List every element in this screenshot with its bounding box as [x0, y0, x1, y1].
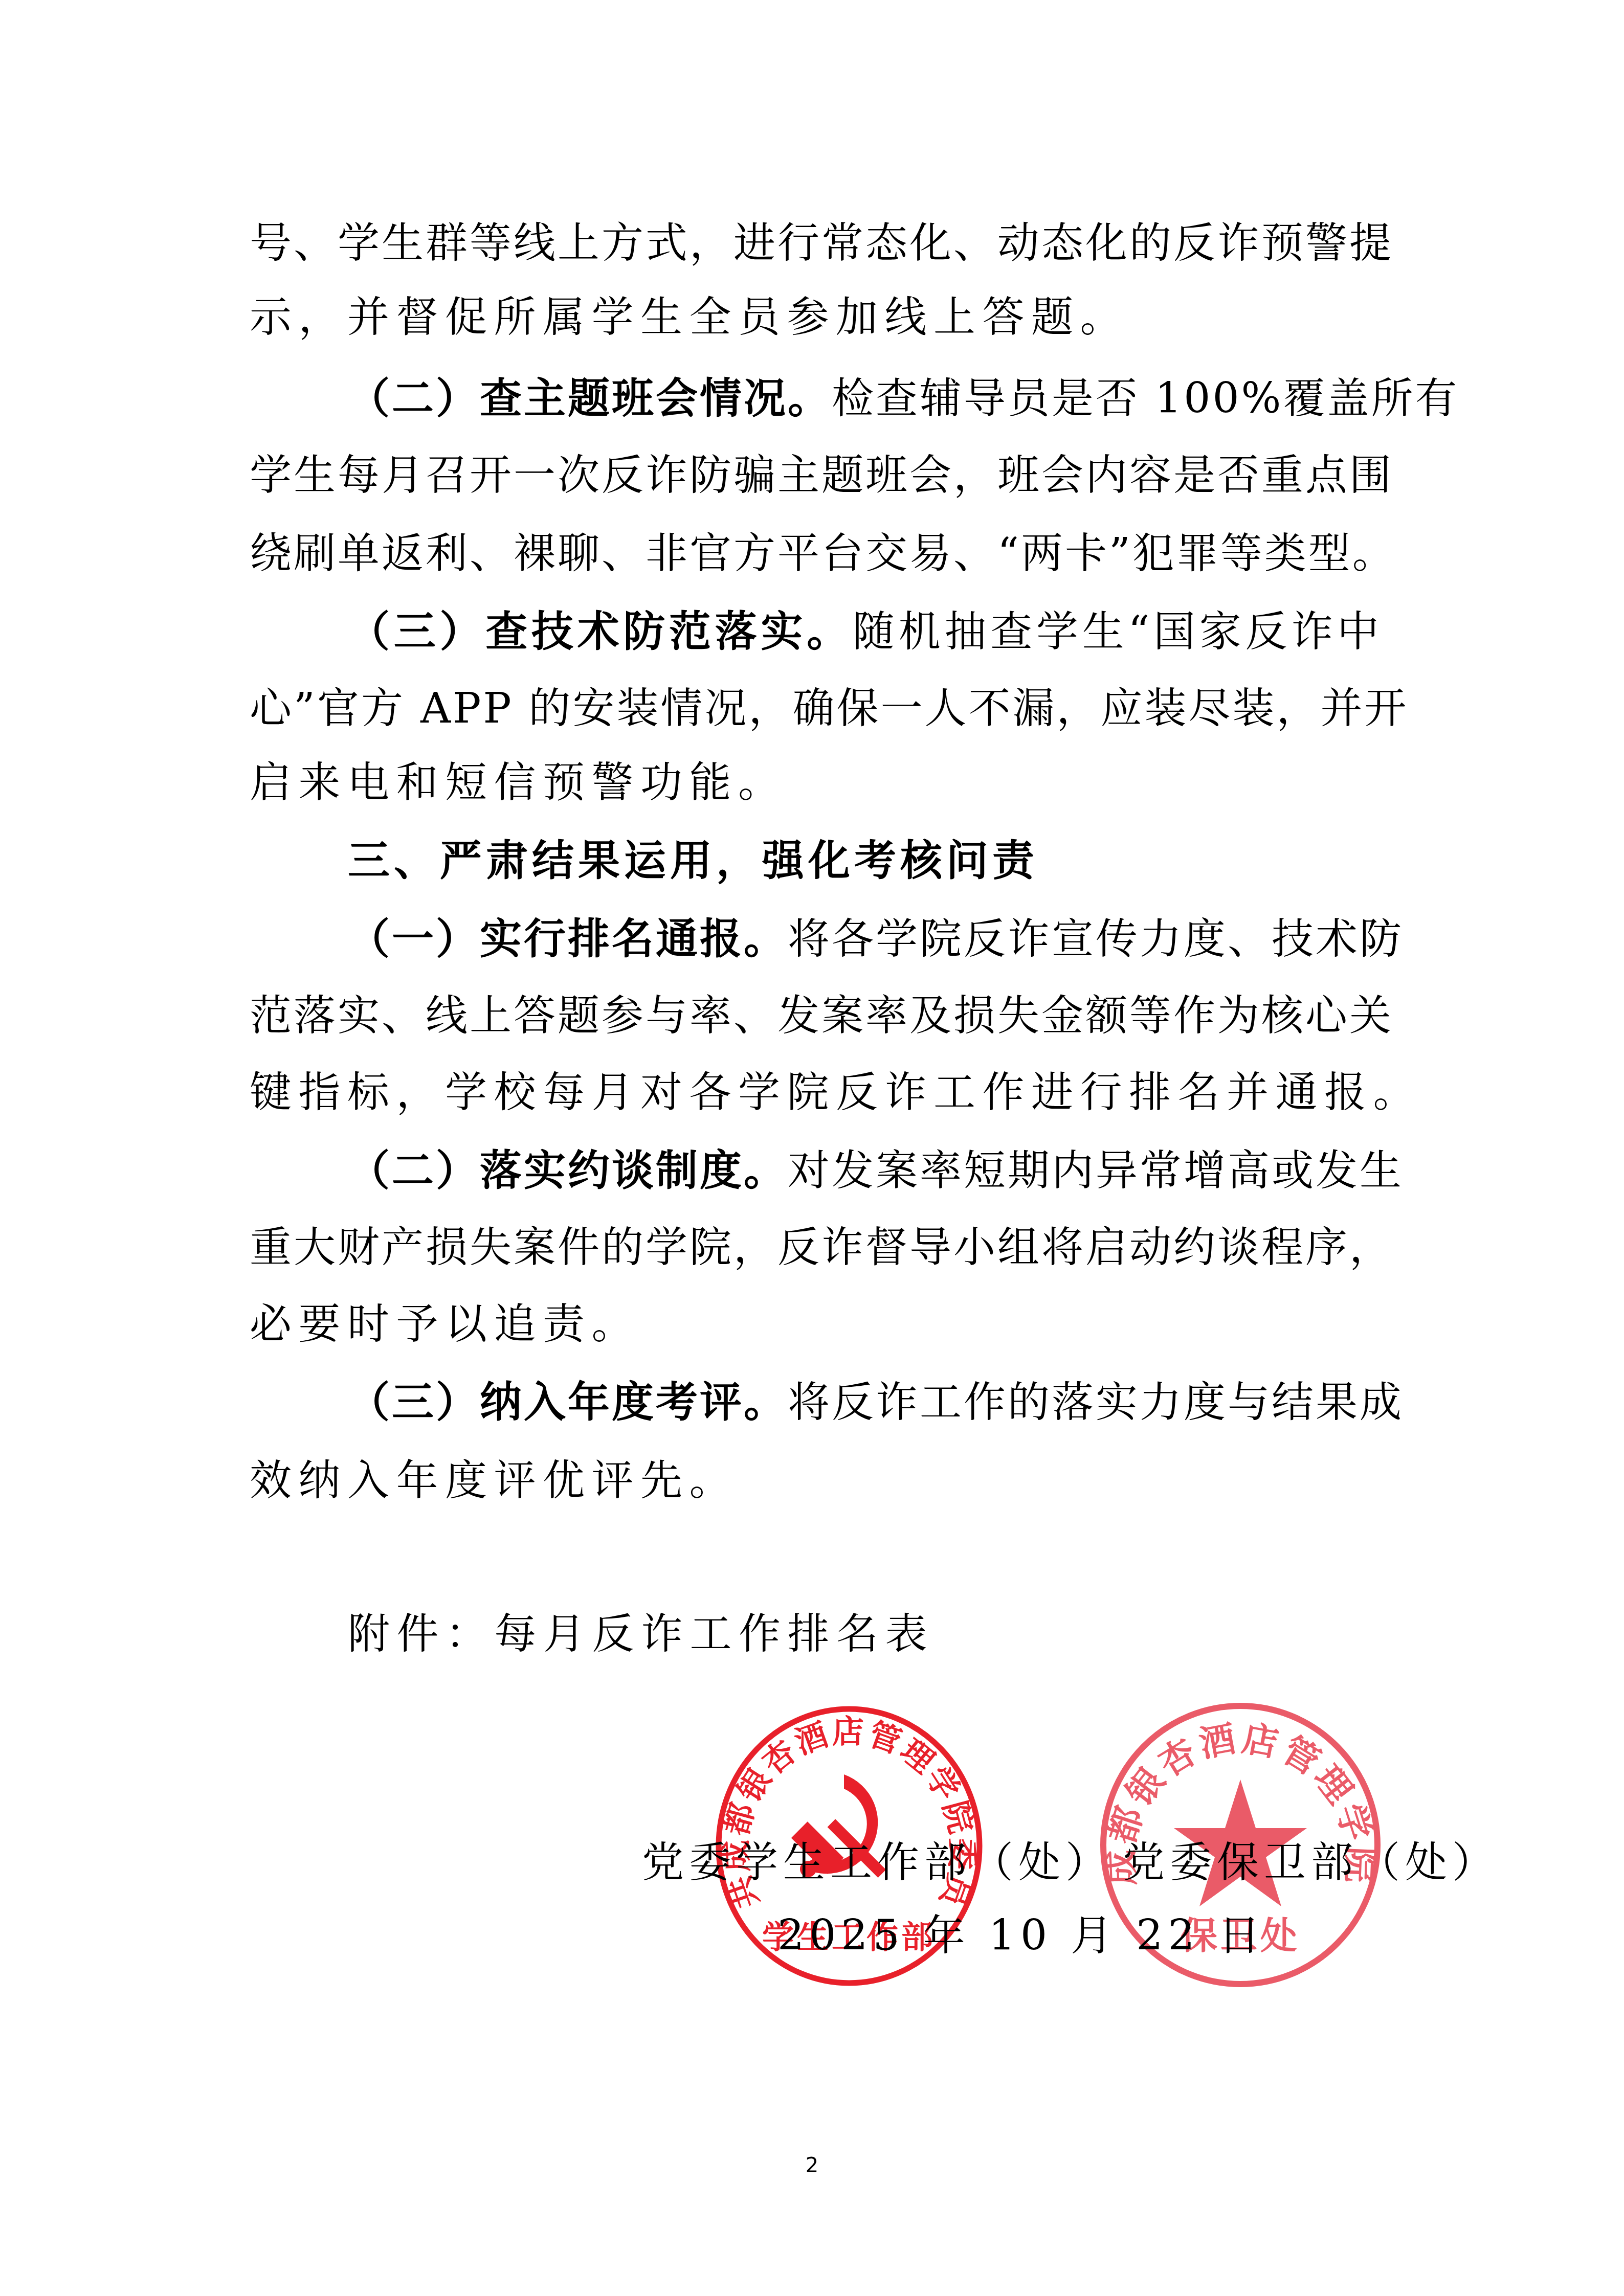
- item-text: 检查辅导员是否 100%覆盖所有: [832, 374, 1459, 423]
- body-line: 心”官方 APP 的安装情况，确保一人不漏，应装尽装，并开: [250, 670, 1381, 747]
- item-lead: （三）查技术防范落实。: [348, 607, 853, 656]
- item-lead: （一）实行排名通报。: [348, 915, 788, 963]
- section-heading-3: 三、严肃结果运用，强化考核问责: [348, 822, 1381, 899]
- signature-date: 2025 年 10 月 22 日: [777, 1905, 1265, 1967]
- attachment-note: 附件：每月反诈工作排名表: [348, 1595, 1381, 1673]
- body-line: 号、学生群等线上方式，进行常态化、动态化的反诈预警提: [250, 205, 1381, 282]
- section-item-2-2: （二）查主题班会情况。检查辅导员是否 100%覆盖所有: [348, 360, 1381, 437]
- body-line: 键指标，学校每月对各学院反诈工作进行排名并通报。: [250, 1054, 1381, 1131]
- signature-org-student-affairs: 党委学生工作部（处）: [642, 1838, 1113, 1887]
- body-line: 启来电和短信预警功能。: [250, 744, 1381, 821]
- item-lead: （三）纳入年度考评。: [348, 1378, 788, 1427]
- page-number: 2: [0, 2150, 1624, 2181]
- body-line: 必要时予以追责。: [250, 1286, 1381, 1363]
- body-line: 重大财产损失案件的学院，反诈督导小组将启动约谈程序，: [250, 1209, 1381, 1286]
- section-item-3-2: （二）落实约谈制度。对发案率短期内异常增高或发生: [348, 1132, 1381, 1209]
- section-item-3-3: （三）纳入年度考评。将反诈工作的落实力度与结果成: [348, 1364, 1381, 1441]
- signature-orgs: 党委学生工作部（处）党委保卫部（处）: [642, 1832, 1499, 1894]
- body-line: 效纳入年度评优评先。: [250, 1442, 1381, 1519]
- section-item-3-1: （一）实行排名通报。将各学院反诈宣传力度、技术防: [348, 901, 1381, 978]
- body-line: 范落实、线上答题参与率、发案率及损失金额等作为核心关: [250, 977, 1381, 1054]
- section-item-2-3: （三）查技术防范落实。随机抽查学生“国家反诈中: [348, 593, 1381, 670]
- item-lead: （二）落实约谈制度。: [348, 1146, 788, 1195]
- body-line: 学生每月召开一次反诈防骗主题班会，班会内容是否重点围: [250, 437, 1381, 514]
- item-lead: （二）查主题班会情况。: [348, 374, 832, 423]
- item-text: 随机抽查学生“国家反诈中: [853, 607, 1381, 656]
- item-text: 对发案率短期内异常增高或发生: [788, 1146, 1404, 1195]
- signature-org-security: 党委保卫部（处）: [1123, 1838, 1499, 1887]
- document-page: 号、学生群等线上方式，进行常态化、动态化的反诈预警提 示，并督促所属学生全员参加…: [0, 0, 1624, 2296]
- body-line: 示，并督促所属学生全员参加线上答题。: [250, 279, 1381, 356]
- item-text: 将各学院反诈宣传力度、技术防: [788, 915, 1404, 963]
- body-line: 绕刷单返利、裸聊、非官方平台交易、“两卡”犯罪等类型。: [250, 515, 1381, 592]
- item-text: 将反诈工作的落实力度与结果成: [788, 1378, 1404, 1427]
